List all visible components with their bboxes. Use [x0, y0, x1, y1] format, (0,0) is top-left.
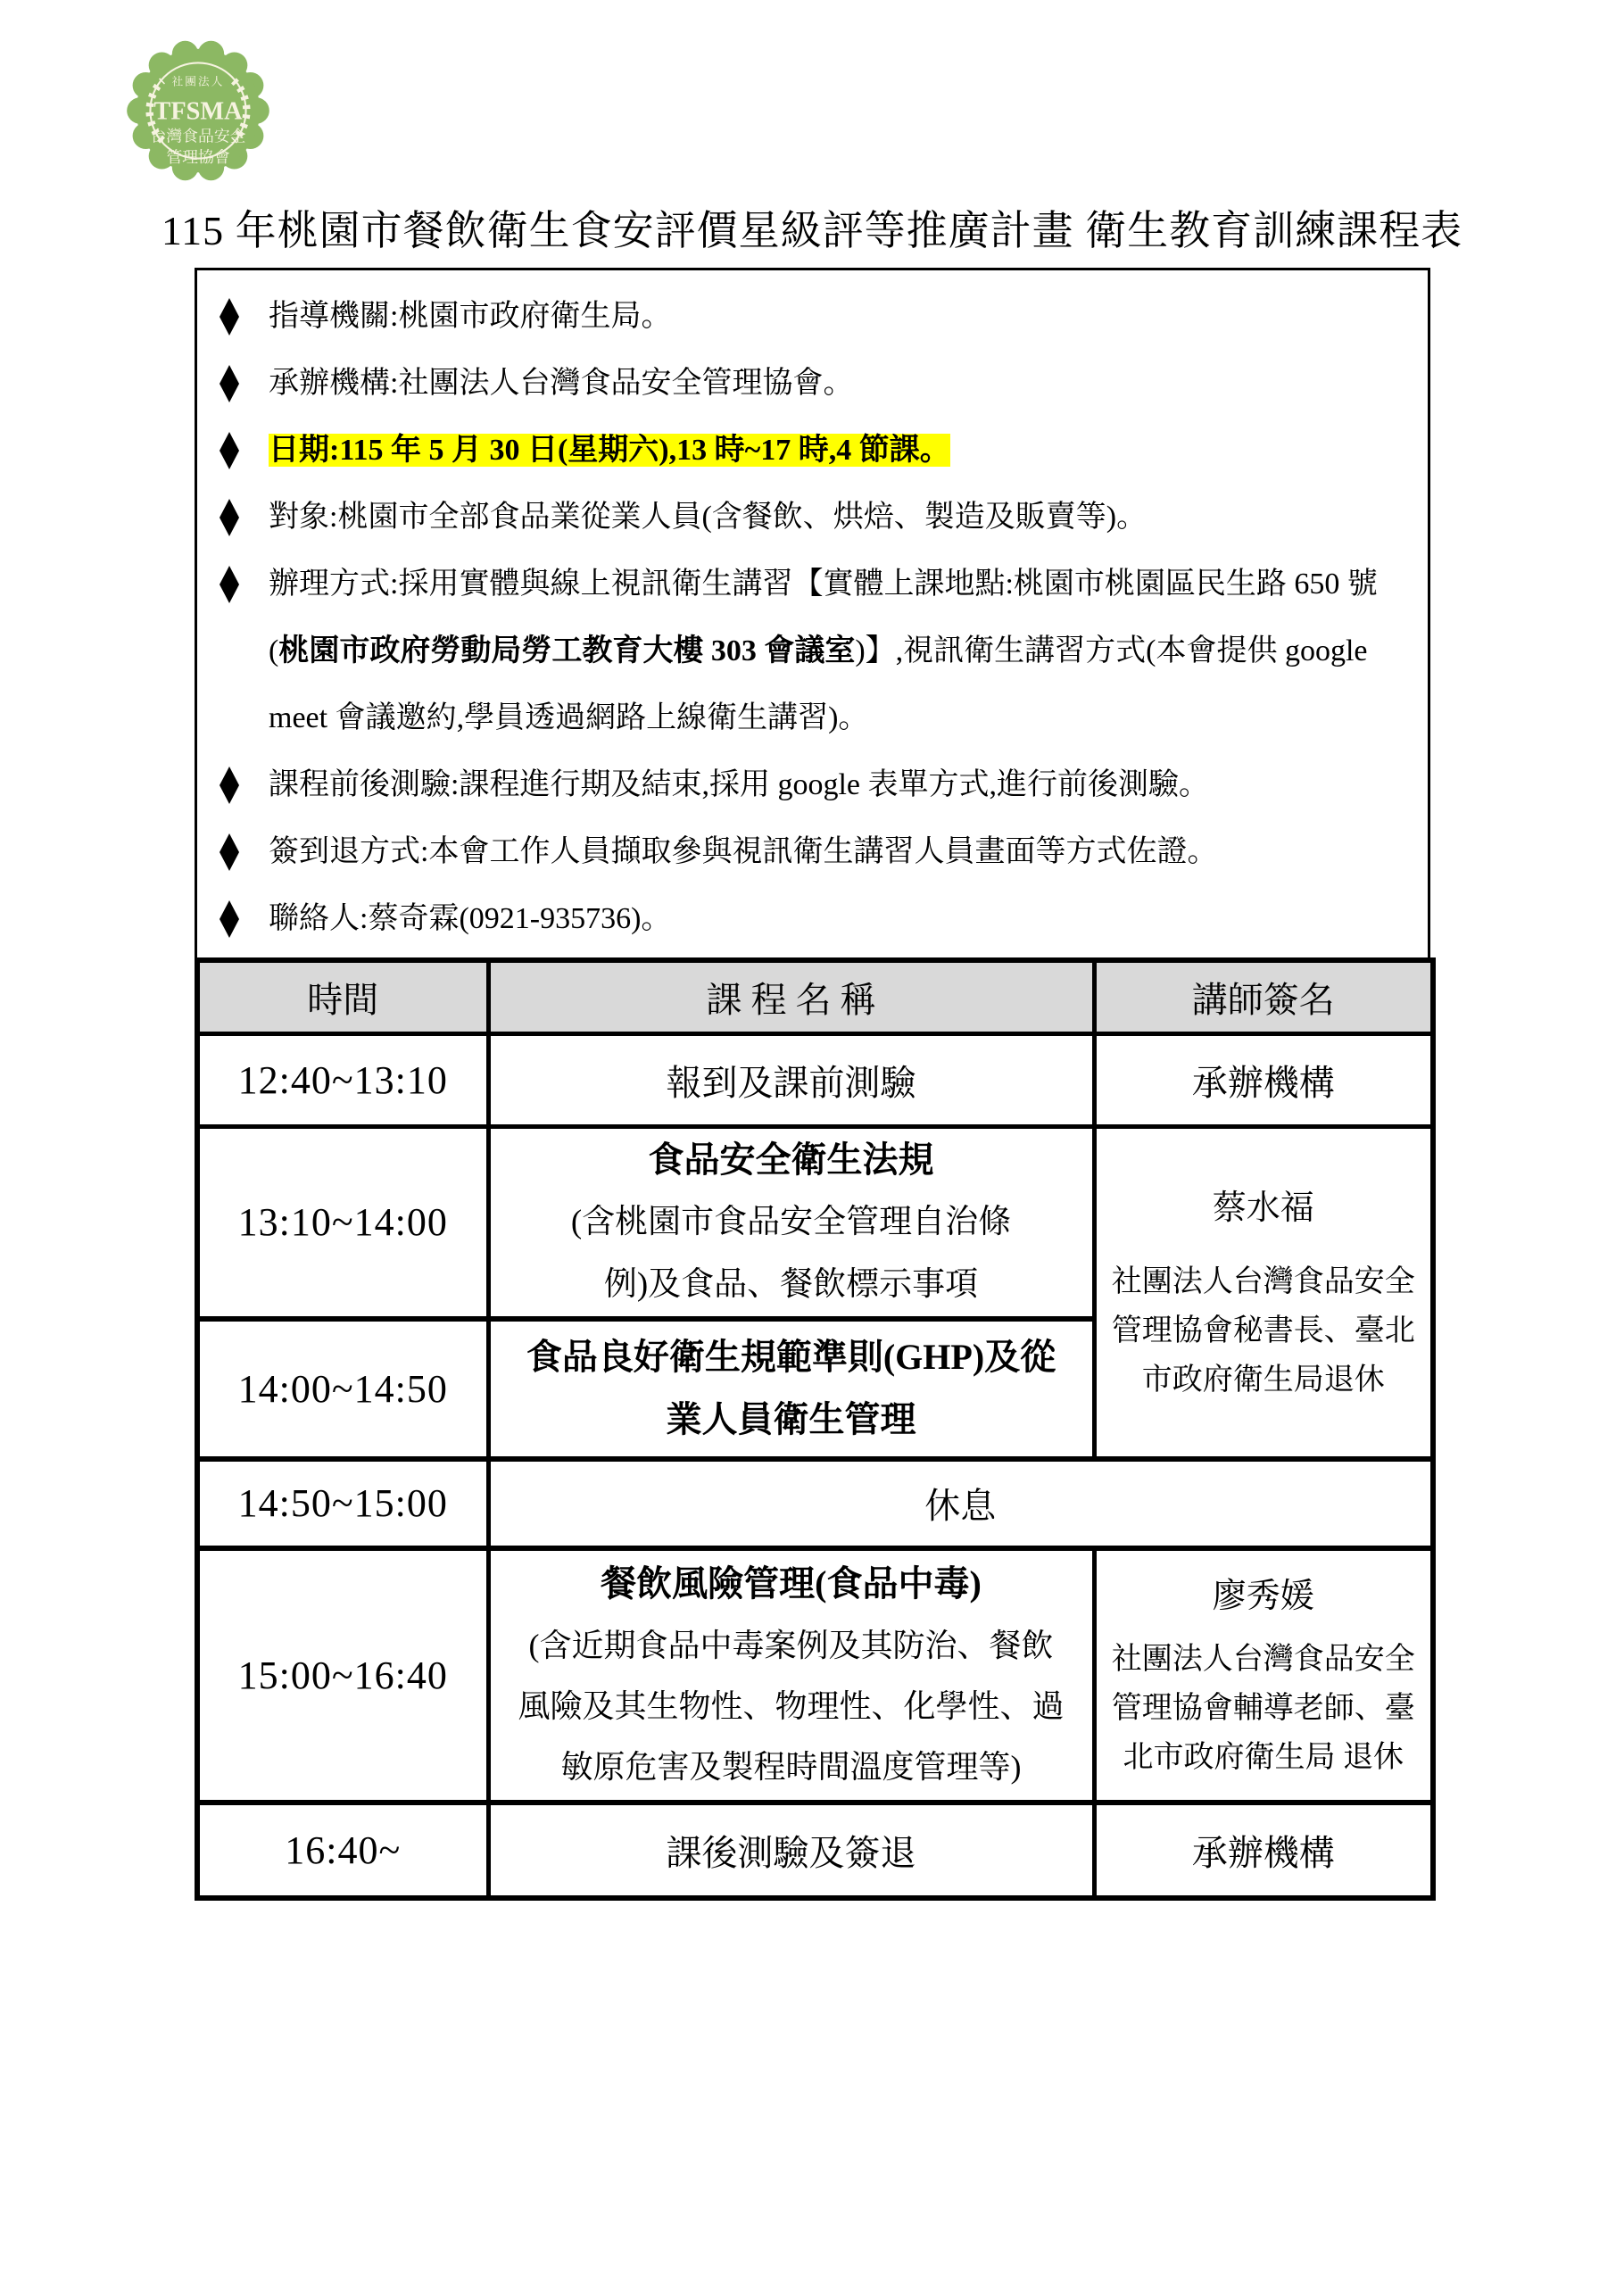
- course-title: 食品安全衛生法規: [491, 1129, 1092, 1191]
- method-text-venue-bold: 桃園市政府勞動局勞工教育大樓 303 會議室: [278, 634, 855, 667]
- page-title: 115 年桃園市餐飲衛生食安評價星級評等推廣計畫 衛生教育訓練課程表: [0, 198, 1624, 257]
- schedule-table: 時間 課 程 名 稱 講師簽名 12:40~13:10 報到及課前測驗 承辦機構…: [195, 957, 1436, 1901]
- header-time: 時間: [197, 960, 488, 1033]
- table-row: 14:50~15:00 休息: [197, 1459, 1433, 1548]
- time-cell: 13:10~14:00: [197, 1126, 488, 1319]
- course-cell: 食品安全衛生法規 (含桃園市食品安全管理自治條 例)及食品、餐飲標示事項: [488, 1126, 1094, 1319]
- time-cell: 14:50~15:00: [197, 1459, 488, 1548]
- course-title: 食品良好衛生規範準則(GHP)及從 業人員衛生管理: [491, 1326, 1092, 1451]
- diamond-bullet-icon: [220, 499, 239, 536]
- course-cell: 餐飲風險管理(食品中毒) (含近期食品中毒案例及其防治、餐飲 風險及其生物性、物…: [488, 1548, 1094, 1803]
- info-item-signin: 簽到退方式:本會工作人員擷取參與視訊衛生講習人員畫面等方式佐證。: [197, 818, 1428, 885]
- info-item-text: 對象:桃園市全部食品業從業人員(含餐飲、烘焙、製造及販賣等)。: [269, 484, 1400, 551]
- time-cell: 16:40~: [197, 1803, 488, 1898]
- info-box: 指導機關:桃園市政府衛生局。 承辦機構:社團法人台灣食品安全管理協會。 日期:1…: [195, 268, 1430, 957]
- logo-acronym: TFSMA: [153, 97, 243, 125]
- diamond-bullet-icon: [220, 298, 239, 336]
- table-row: 12:40~13:10 報到及課前測驗 承辦機構: [197, 1033, 1433, 1126]
- course-cell: 報到及課前測驗: [488, 1033, 1094, 1126]
- info-item-method: 辦理方式:採用實體與線上視訊衛生講習【實體上課地點:桃園市桃園區民生路 650 …: [197, 551, 1428, 751]
- instructor-name: 廖秀媛: [1213, 1568, 1314, 1617]
- course-cell: 食品良好衛生規範準則(GHP)及從 業人員衛生管理: [488, 1319, 1094, 1459]
- instructor-cell: 承辦機構: [1094, 1803, 1433, 1898]
- course-cell: 課後測驗及簽退: [488, 1803, 1094, 1898]
- diamond-bullet-icon: [220, 566, 239, 603]
- info-item-contact: 聯絡人:蔡奇霖(0921-935736)。: [197, 885, 1428, 952]
- diamond-bullet-icon: [220, 365, 239, 402]
- diamond-bullet-icon: [220, 833, 239, 871]
- time-cell: 14:00~14:50: [197, 1319, 488, 1459]
- diamond-bullet-icon: [220, 767, 239, 804]
- diamond-bullet-icon: [220, 432, 239, 469]
- info-item-tests: 課程前後測驗:課程進行期及結束,採用 google 表單方式,進行前後測驗。: [197, 751, 1428, 818]
- instructor-affiliation: 社團法人台灣食品安全 管理協會輔導老師、臺 北市政府衛生局 退休: [1112, 1635, 1415, 1782]
- break-cell: 休息: [488, 1459, 1433, 1548]
- instructor-name: 蔡水福: [1213, 1180, 1314, 1229]
- table-header-row: 時間 課 程 名 稱 講師簽名: [197, 960, 1433, 1033]
- info-item-text: 承辦機構:社團法人台灣食品安全管理協會。: [269, 350, 1400, 417]
- logo-org-type: 社團法人: [172, 75, 225, 88]
- instructor-cell: 承辦機構: [1094, 1033, 1433, 1126]
- laurel-wreath-seal-icon: 社團法人 TFSMA 台灣食品安全 管理協會: [123, 36, 273, 186]
- info-item-text: 簽到退方式:本會工作人員擷取參與視訊衛生講習人員畫面等方式佐證。: [269, 818, 1400, 885]
- info-item-organizer: 承辦機構:社團法人台灣食品安全管理協會。: [197, 350, 1428, 417]
- diamond-bullet-icon: [220, 900, 239, 938]
- logo-name-line1: 台灣食品安全: [151, 128, 246, 145]
- info-item-text: 聯絡人:蔡奇霖(0921-935736)。: [269, 885, 1400, 952]
- date-highlight: 日期:115 年 5 月 30 日(星期六),13 時~17 時,4 節課。: [269, 434, 950, 467]
- tfsma-logo: 社團法人 TFSMA 台灣食品安全 管理協會: [123, 36, 273, 186]
- info-item-audience: 對象:桃園市全部食品業從業人員(含餐飲、烘焙、製造及販賣等)。: [197, 484, 1428, 551]
- logo-name-line2: 管理協會: [166, 148, 229, 166]
- table-row: 16:40~ 課後測驗及簽退 承辦機構: [197, 1803, 1433, 1898]
- course-detail: (含桃園市食品安全管理自治條 例)及食品、餐飲標示事項: [491, 1191, 1092, 1316]
- table-row: 13:10~14:00 食品安全衛生法規 (含桃園市食品安全管理自治條 例)及食…: [197, 1126, 1433, 1319]
- table-row: 15:00~16:40 餐飲風險管理(食品中毒) (含近期食品中毒案例及其防治、…: [197, 1548, 1433, 1803]
- instructor-cell: 蔡水福 社團法人台灣食品安全 管理協會秘書長、臺北 市政府衛生局退休: [1094, 1126, 1433, 1459]
- document-page: 社團法人 TFSMA 台灣食品安全 管理協會 115 年桃園市餐飲衛生食安評價星…: [0, 0, 1624, 2296]
- info-item-text: 辦理方式:採用實體與線上視訊衛生講習【實體上課地點:桃園市桃園區民生路 650 …: [269, 551, 1400, 751]
- time-cell: 12:40~13:10: [197, 1033, 488, 1126]
- course-detail: (含近期食品中毒案例及其防治、餐飲 風險及其生物性、物理性、化學性、過 敏原危害…: [491, 1615, 1092, 1797]
- info-item-date: 日期:115 年 5 月 30 日(星期六),13 時~17 時,4 節課。: [197, 417, 1428, 484]
- header-course-name: 課 程 名 稱: [488, 960, 1094, 1033]
- instructor-affiliation: 社團法人台灣食品安全 管理協會秘書長、臺北 市政府衛生局退休: [1112, 1257, 1415, 1405]
- info-item-text: 課程前後測驗:課程進行期及結束,採用 google 表單方式,進行前後測驗。: [269, 751, 1400, 818]
- time-cell: 15:00~16:40: [197, 1548, 488, 1803]
- info-item-supervising-agency: 指導機關:桃園市政府衛生局。: [197, 283, 1428, 350]
- info-item-text: 指導機關:桃園市政府衛生局。: [269, 283, 1400, 350]
- course-title: 餐飲風險管理(食品中毒): [491, 1553, 1092, 1615]
- info-item-text: 日期:115 年 5 月 30 日(星期六),13 時~17 時,4 節課。: [269, 417, 1400, 484]
- instructor-cell: 廖秀媛 社團法人台灣食品安全 管理協會輔導老師、臺 北市政府衛生局 退休: [1094, 1548, 1433, 1803]
- header-instructor-signature: 講師簽名: [1094, 960, 1433, 1033]
